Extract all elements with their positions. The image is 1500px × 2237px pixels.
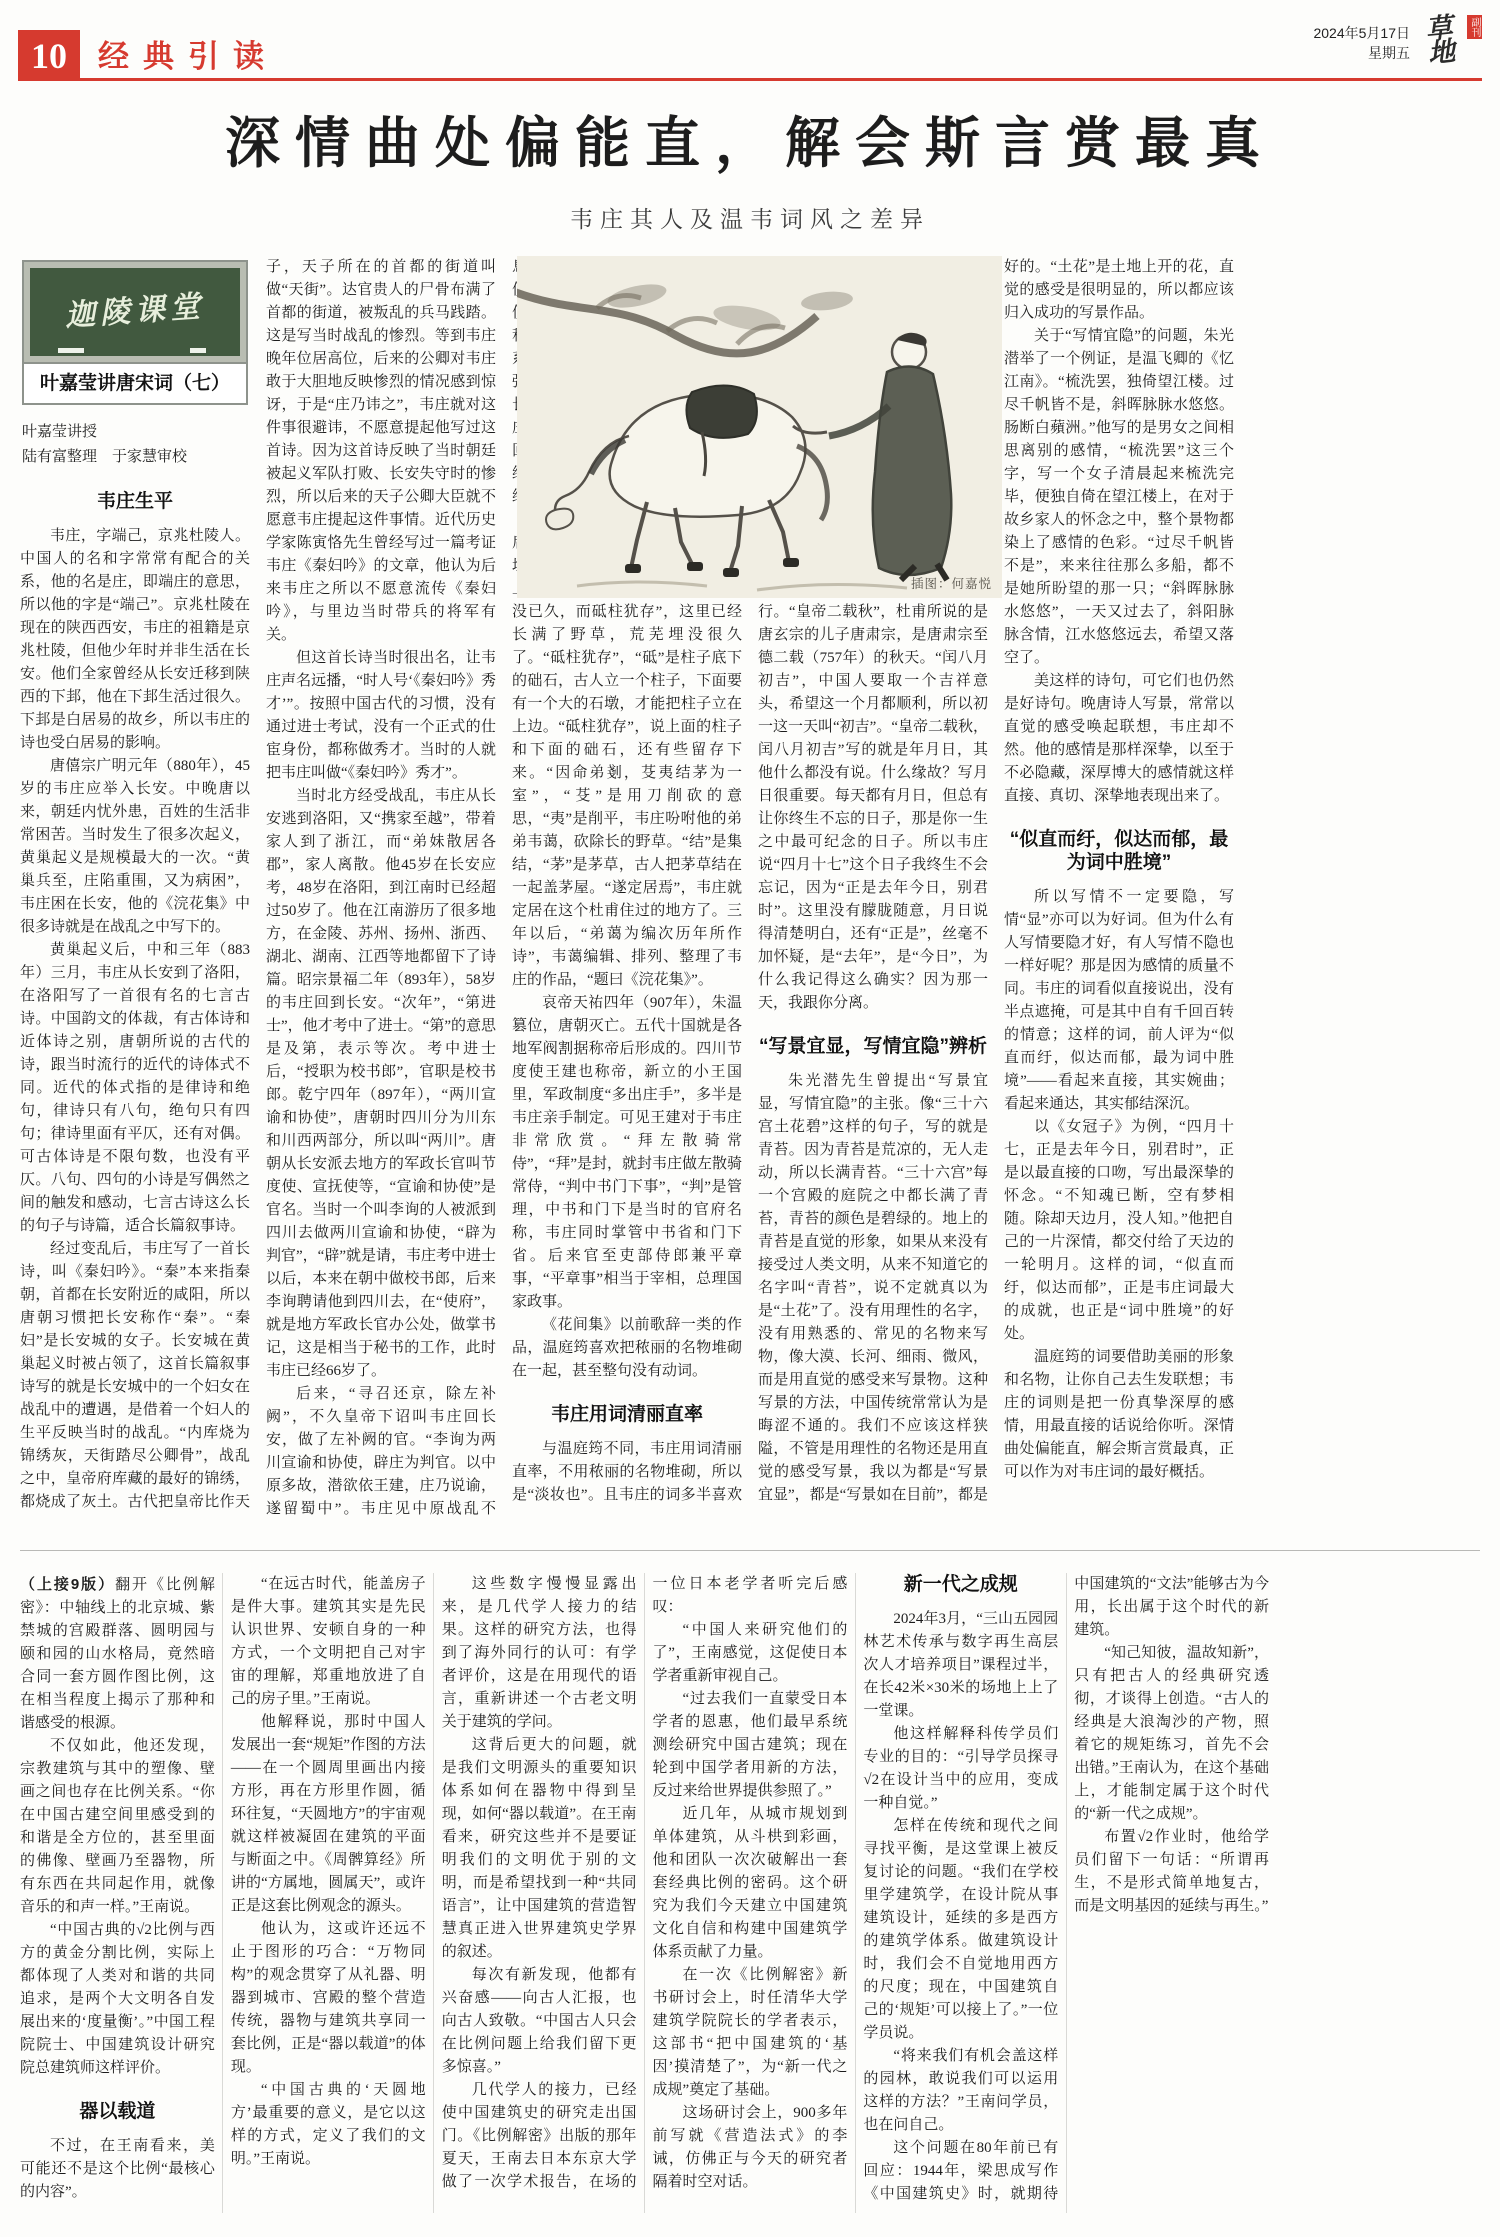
paragraph: 哀帝天祐四年（907年），朱温篡位，唐朝灭亡。五代十国就是各地军阀割据称帝后形成… xyxy=(512,992,742,1314)
article-bottom: （上接9版）翻开《比例解密》：中轴线上的北京城、紫禁城的宫殿群落、圆明园与颐和园… xyxy=(20,1573,1480,2213)
section-heading: 韦庄生平 xyxy=(20,490,250,513)
paragraph: 所以写情不一定要隐，写情“显”亦可以为好词。但为什么有人写情要隐才好，有人写情不… xyxy=(1004,886,1234,1116)
paragraph: “中国古典的‘天圆地方’最重要的意义，是它以这样的方式，定义了我们的文明。”王南… xyxy=(231,2079,426,2171)
paragraph: 关于“写情宜隐”的问题，朱光潜举了一个例证，是温飞卿的《忆江南》。“梳洗罢，独倚… xyxy=(1004,325,1234,670)
article-bottom-columns: （上接9版）翻开《比例解密》：中轴线上的北京城、紫禁城的宫殿群落、圆明园与颐和园… xyxy=(20,1573,1480,2213)
blackboard: 迦陵课堂 xyxy=(24,262,246,362)
paragraph: 这场研讨会上，900多年前写就《营造法式》的李诫，仿佛正与今天的研究者隔着时空对… xyxy=(653,2102,848,2194)
article-divider xyxy=(20,1550,1480,1551)
paragraph: 近几年，从城市规划到单体建筑，从斗栱到彩画，他和团队一次次破解出一套套经典比例的… xyxy=(653,1803,848,1964)
page-header: 10 经典引读 2024年5月17日 星期五 草地 副刊 xyxy=(18,14,1482,81)
paragraph: 不过，在王南看来，美可能还不是这个比例“最核心的内容”。 xyxy=(20,2135,215,2204)
paragraph: 温庭筠的词要借助美丽的形象和名物，让你自己去生发联想；韦庄的词则是把一份真挚深厚… xyxy=(1004,1346,1234,1484)
page-number-badge: 10 xyxy=(18,30,80,78)
paragraph: 怎样在传统和现代之间寻找平衡，是这堂课上被反复讨论的问题。“我们在学校里学建筑学… xyxy=(863,1815,1058,2045)
paragraph: 他认为，这或许还远不止于图形的巧合：“万物同构”的观念贯穿了从礼器、明器到城市、… xyxy=(231,1918,426,2079)
paragraph: “过去我们一直蒙受日本学者的恩惠，他们最早系统测绘研究中国古建筑；现在轮到中国学… xyxy=(653,1688,848,1803)
continued-from-label: （上接9版） xyxy=(20,1576,115,1593)
illustration-caption: 插图：何嘉悦 xyxy=(911,574,992,592)
paragraph: 布置√2作业时，他给学员们留下一句话：“所谓再生，不是形式简单地复古，而是文明基… xyxy=(1074,1826,1269,1918)
masthead-supplement-badge: 副刊 xyxy=(1467,15,1482,39)
blackboard-script-title: 迦陵课堂 xyxy=(64,295,205,328)
chalk-piece xyxy=(58,348,84,353)
header-left: 10 经典引读 xyxy=(18,30,278,78)
paragraph: 韦庄，字端己，京兆杜陵人。中国人的名和字常常有配合的关系，他的名是庄，即端庄的意… xyxy=(20,525,250,755)
ink-illustration: 插图：何嘉悦 xyxy=(517,256,1002,598)
section-heading: “写景宜显，写情宜隐”辨析 xyxy=(758,1035,988,1058)
section-heading: “似直而纡，似达而郁，最为词中胜境” xyxy=(1004,828,1234,874)
paragraph: 黄巢起义后，中和三年（883年）三月，韦庄从长安到了洛阳，在洛阳写了一首很有名的… xyxy=(20,939,250,1238)
paragraph: 但这首长诗当时很出名，让韦庄声名远播，“时人号‘《秦妇吟》秀才’”。按照中国古代… xyxy=(266,647,496,785)
paragraph: 唐僖宗广明元年（880年），45岁的韦庄应举入长安。中晚唐以来，朝廷内忧外患，百… xyxy=(20,755,250,939)
byline-block: 叶嘉莹讲授 陆有富整理 于家慧审校 xyxy=(22,419,250,470)
header-right: 2024年5月17日 星期五 草地 副刊 xyxy=(1313,14,1482,78)
paragraph: 美这样的诗句，可它们也仍然是好诗句。晚唐诗人写景，常常以直觉的感受唤起联想，韦庄… xyxy=(1004,670,1234,808)
section-heading: 器以载道 xyxy=(20,2100,215,2123)
lecture-series-label: 叶嘉莹讲唐宋词（七） xyxy=(24,362,246,403)
paragraph: “中国古典的√2比例与西方的黄金分割比例，实际上都体现了人类对和谐的共同追求，是… xyxy=(20,1919,215,2080)
masthead-logo: 草地 副刊 xyxy=(1424,14,1482,72)
chalk-eraser xyxy=(190,348,206,353)
byline-editors: 陆有富整理 于家慧审校 xyxy=(22,444,250,470)
paragraph: 这背后更大的问题，就是我们文明源头的重要知识体系如何在器物中得到呈现，如何“器以… xyxy=(442,1734,637,1964)
paragraph: 2024年3月，“三山五园园林艺术传承与数字再生高层次人才培养项目”课程过半，在… xyxy=(863,1608,1058,1723)
section-heading: 新一代之成规 xyxy=(863,1573,1058,1596)
paragraph: 以《女冠子》为例，“四月十七，正是去年今日，别君时”，正是以最直接的口吻，写出最… xyxy=(1004,1116,1234,1346)
lecture-series-box: 迦陵课堂 叶嘉莹讲唐宋词（七） xyxy=(22,260,248,405)
ink-painting-horse-figures xyxy=(517,256,1002,598)
paragraph: 他这样解释科传学员们专业的目的：“引导学员探寻√2在设计当中的应用，变成一种自觉… xyxy=(863,1723,1058,1815)
paragraph: “知己知彼，温故知新”，只有把古人的经典研究透彻，才谈得上创造。“古人的经典是大… xyxy=(1074,1642,1269,1826)
paragraph: 在一次《比例解密》新书研讨会上，时任清华大学建筑学院院长的学者表示，这部书“把中… xyxy=(653,1964,848,2102)
article-top: 迦陵课堂 叶嘉莹讲唐宋词（七） 叶嘉莹讲授 陆有富整理 于家慧审校 韦庄生平韦庄… xyxy=(20,256,1480,1528)
paragraph: “中国人来研究他们的了”，王南感觉，这促使日本学者重新审视自己。 xyxy=(653,1619,848,1688)
paragraph: 当时北方经受战乱，韦庄从长安逃到洛阳，又“携家至越”，带着家人到了浙江，而“弟妹… xyxy=(266,785,496,1383)
paragraph: 杜甫曾经写过一首很有名的诗《北征》。北征就是向北方远行。“皇帝二载秋”，杜甫所说… xyxy=(758,555,988,1015)
main-headline: 深情曲处偏能直，解会斯言赏最真 xyxy=(20,115,1480,173)
paragraph: 不仅如此，他还发现，宗教建筑与其中的塑像、壁画之间也存在比例关系。“你在中国古建… xyxy=(20,1735,215,1919)
paragraph: 他解释说，那时中国人发展出一套“规矩”作图的方法——在一个圆周里画出内接方形，再… xyxy=(231,1711,426,1918)
section-heading: 韦庄用词清丽直率 xyxy=(512,1403,742,1426)
weekday-line: 星期五 xyxy=(1313,43,1410,63)
paragraph: 每次有新发现，他都有兴奋感——向古人汇报，也向古人致敬。“中国古人只会在比例问题… xyxy=(442,1964,637,2079)
newspaper-page: { "header": { "page_number": "10", "sect… xyxy=(0,0,1500,2237)
sub-headline: 韦庄其人及温韦词风之差异 xyxy=(20,201,1480,234)
paragraph: “在远古时代，能盖房子是件大事。建筑其实是先民认识世界、安顿自身的一种方式，一个… xyxy=(231,1573,426,1711)
date-block: 2024年5月17日 星期五 xyxy=(1313,23,1410,64)
paragraph: 这些数字慢慢显露出来，是几代学人接力的结果。这样的研究方法，也得到了海外同行的认… xyxy=(442,1573,637,1734)
page: 10 经典引读 2024年5月17日 星期五 草地 副刊 深情曲处偏能直，解会斯… xyxy=(0,0,1500,2237)
paragraph: （上接9版）翻开《比例解密》：中轴线上的北京城、紫禁城的宫殿群落、圆明园与颐和园… xyxy=(20,1573,215,1735)
paragraph: 《花间集》以前歌辞一类的作品，温庭筠喜欢把秾丽的名物堆砌在一起，甚至整句没有动词… xyxy=(512,1314,742,1383)
date-line: 2024年5月17日 xyxy=(1313,23,1410,43)
byline-lecturer: 叶嘉莹讲授 xyxy=(22,419,250,445)
section-title: 经典引读 xyxy=(98,31,278,78)
paragraph: “将来我们有机会盖这样的园林，敢说我们可以运用这样的方法？”王南问学员，也在问自… xyxy=(863,2045,1058,2137)
masthead-title: 草地 xyxy=(1421,13,1454,74)
